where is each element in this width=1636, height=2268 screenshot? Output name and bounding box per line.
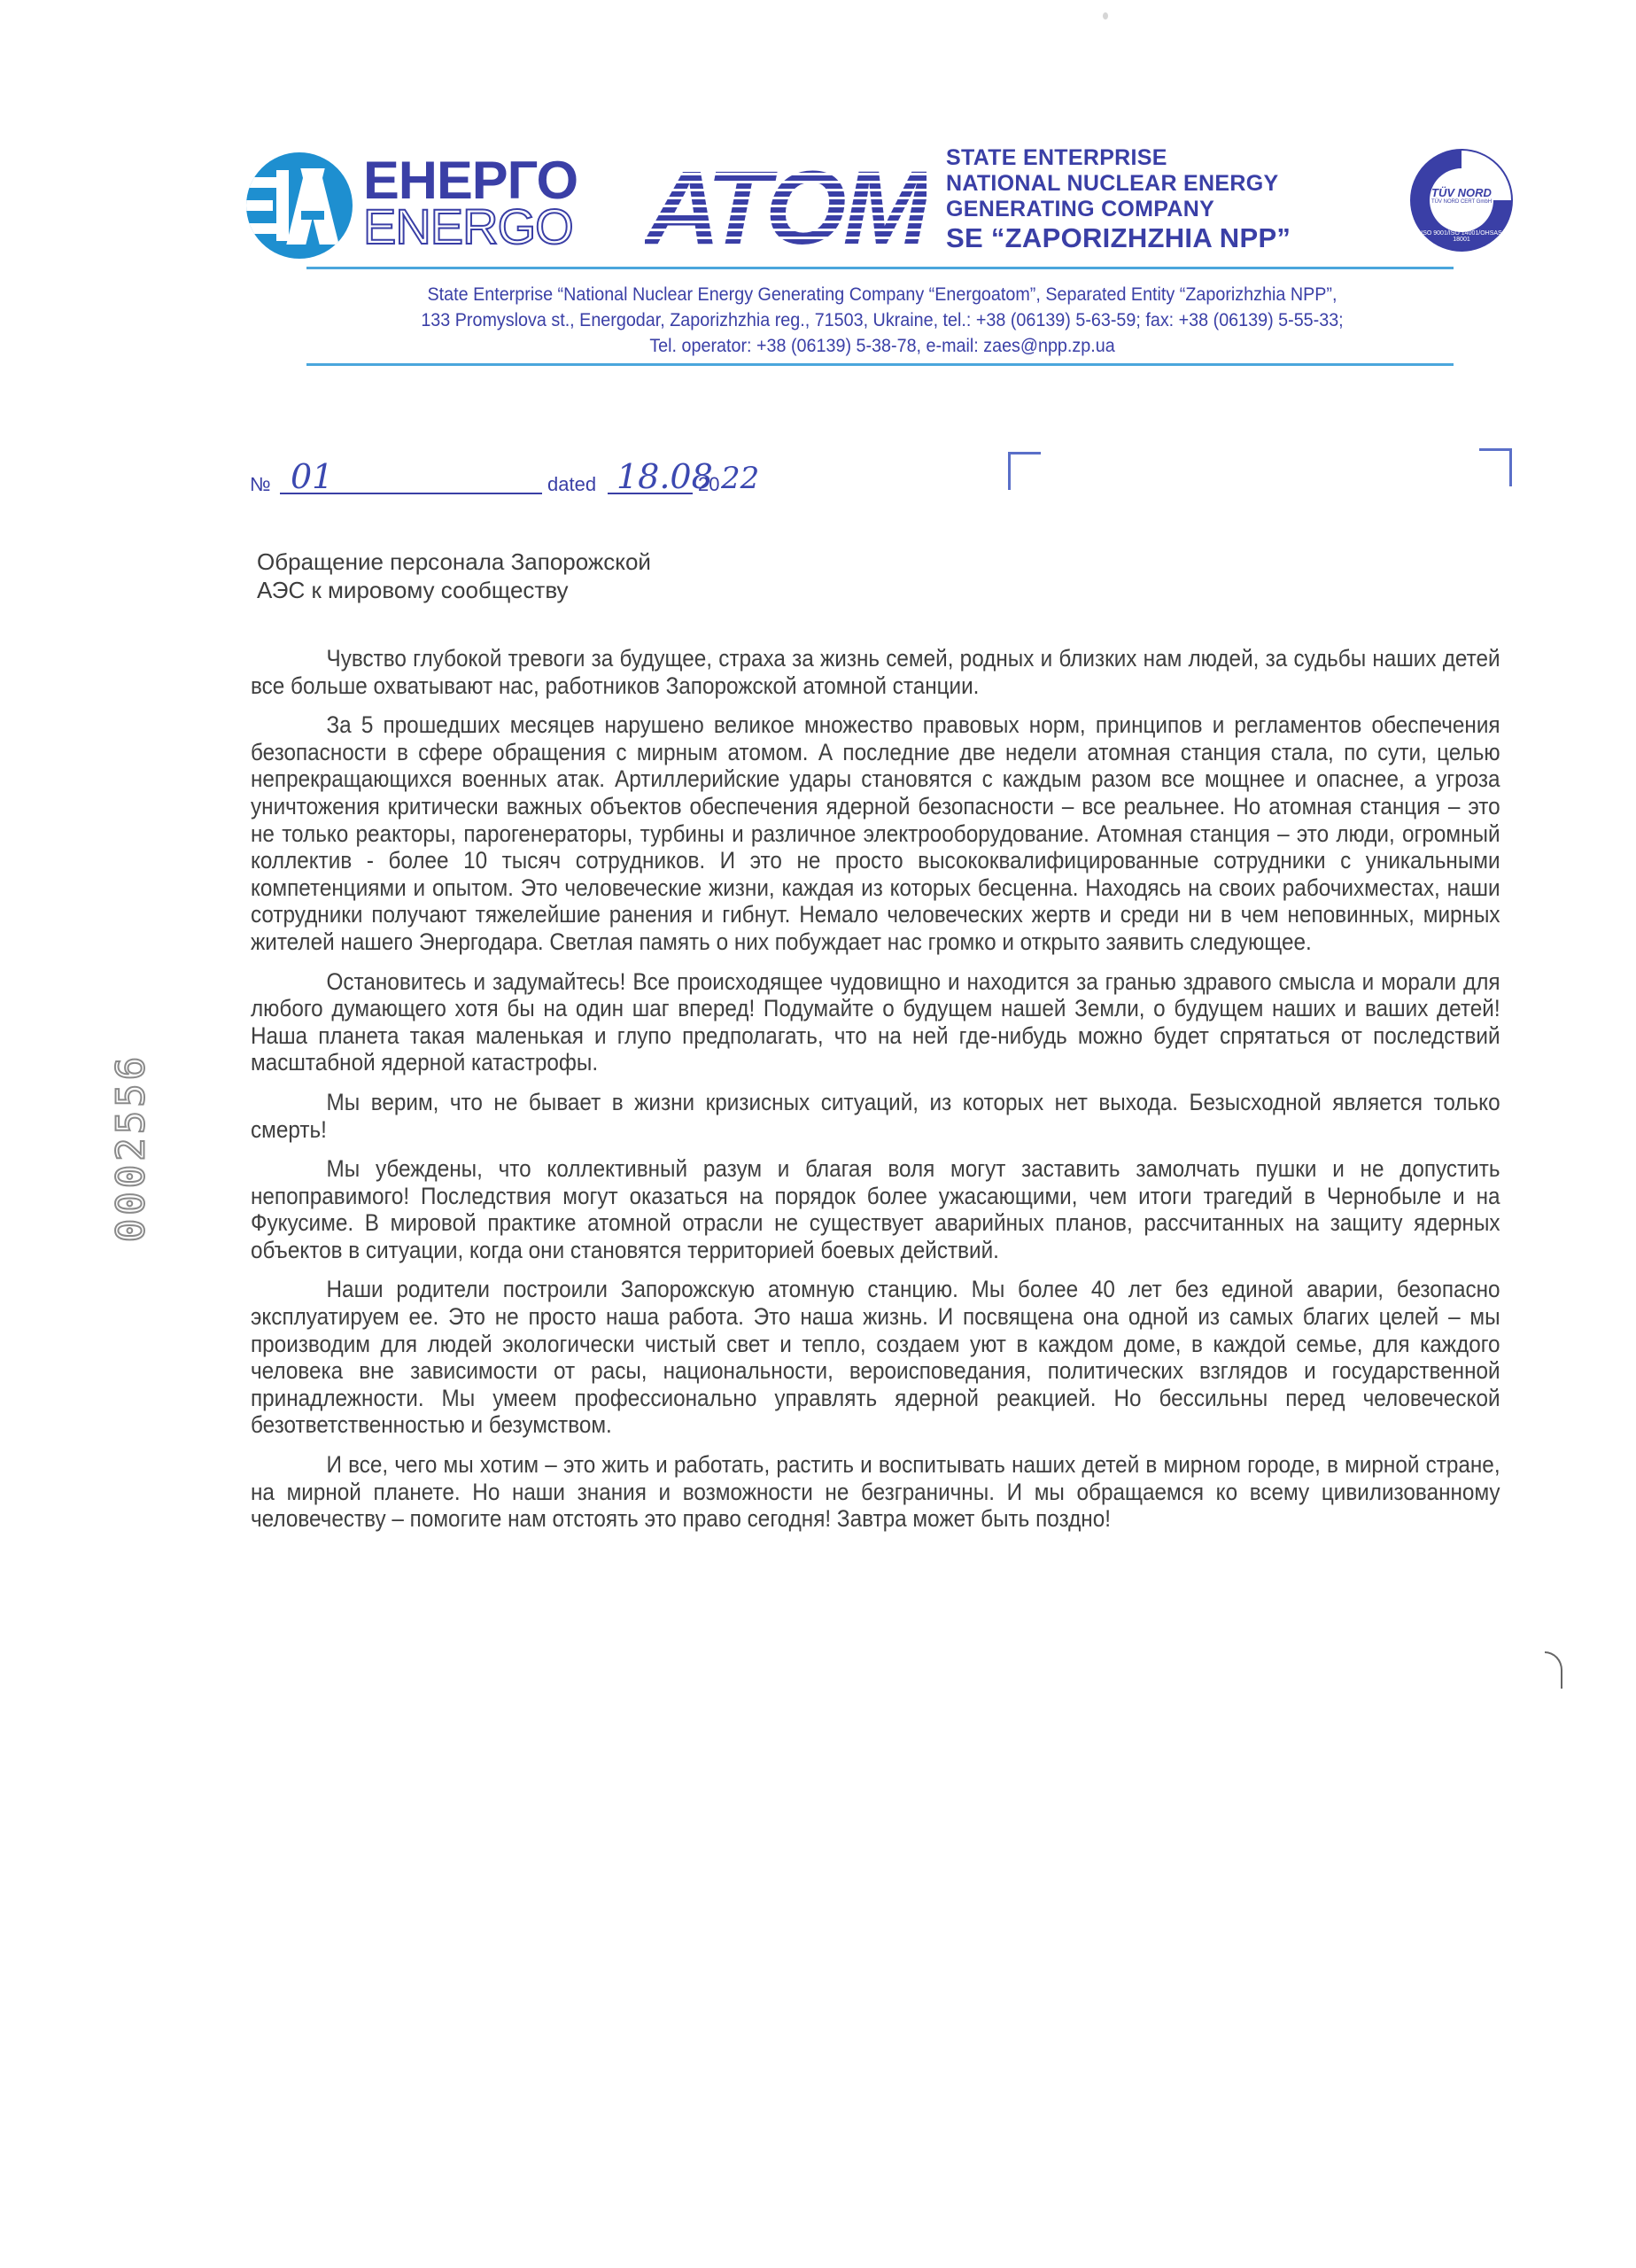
letter-body: Чувство глубокой тревоги за будущее, стр…	[251, 645, 1501, 1545]
document-number: 01	[291, 457, 333, 496]
brand-name-atom: АТОМ	[645, 159, 927, 257]
body-paragraph: И все, чего мы хотим – это жить и работа…	[251, 1451, 1500, 1533]
header-divider-top	[306, 267, 1454, 269]
contact-block: State Enterprise “National Nuclear Energ…	[341, 282, 1423, 359]
energoatom-logo-icon	[246, 152, 353, 259]
number-label: №	[250, 473, 271, 496]
body-paragraph: Наши родители построили Запорожскую атом…	[251, 1276, 1500, 1439]
org-line: STATE ENTERPRISE	[946, 145, 1291, 171]
organization-block: STATE ENTERPRISE NATIONAL NUCLEAR ENERGY…	[946, 145, 1291, 254]
body-paragraph: За 5 прошедших месяцев нарушено великое …	[251, 711, 1500, 955]
letter-subject: Обращение персонала Запорожской АЭС к ми…	[257, 548, 651, 604]
serial-number-stamp: 0002556	[105, 1037, 158, 1249]
scan-speck	[1103, 12, 1108, 19]
brand-name-english: ENERGO	[363, 204, 573, 250]
serial-number: 0002556	[109, 1042, 154, 1254]
cert-brand: TÜV NORD	[1430, 186, 1493, 199]
body-paragraph: Остановитесь и задумайтесь! Все происход…	[251, 968, 1500, 1076]
reference-line: № 01 dated 18.08 20 22	[250, 457, 870, 501]
subject-line: АЭС к мировому сообществу	[257, 576, 651, 604]
org-line: GENERATING COMPANY	[946, 197, 1291, 222]
body-paragraph: Чувство глубокой тревоги за будущее, стр…	[251, 645, 1500, 699]
address-corner-left	[1008, 452, 1041, 490]
body-paragraph: Мы верим, что не бывает в жизни кризисны…	[251, 1089, 1500, 1143]
contact-line: Tel. operator: +38 (06139) 5-38-78, e-ma…	[341, 333, 1423, 359]
header-divider-bottom	[306, 363, 1454, 366]
contact-line: 133 Promyslova st., Energodar, Zaporizhz…	[341, 307, 1423, 333]
cert-standards: ISO 9001/ISO 14001/OHSAS 18001	[1421, 230, 1502, 243]
subject-line: Обращение персонала Запорожской	[257, 548, 651, 576]
cert-sub: TÜV NORD CERT GmbH	[1430, 199, 1493, 206]
contact-line: State Enterprise “National Nuclear Energ…	[341, 282, 1423, 307]
address-corner-right	[1479, 448, 1512, 486]
year-suffix: 22	[721, 461, 759, 496]
org-line: NATIONAL NUCLEAR ENERGY	[946, 171, 1291, 197]
brand-wordmark: ЕНЕРГО ENERGO АТОМ	[363, 156, 930, 253]
org-entity-name: SE “ZAPORIZHZHIA NPP”	[946, 222, 1291, 254]
tuv-nord-certification-seal-icon: TÜV NORD TÜV NORD CERT GmbH ISO 9001/ISO…	[1410, 149, 1513, 252]
body-paragraph: Мы убеждены, что коллективный разум и бл…	[251, 1155, 1500, 1263]
year-prefix: 20	[698, 473, 719, 496]
dated-label: dated	[547, 473, 596, 496]
margin-pen-mark	[1545, 1651, 1562, 1689]
